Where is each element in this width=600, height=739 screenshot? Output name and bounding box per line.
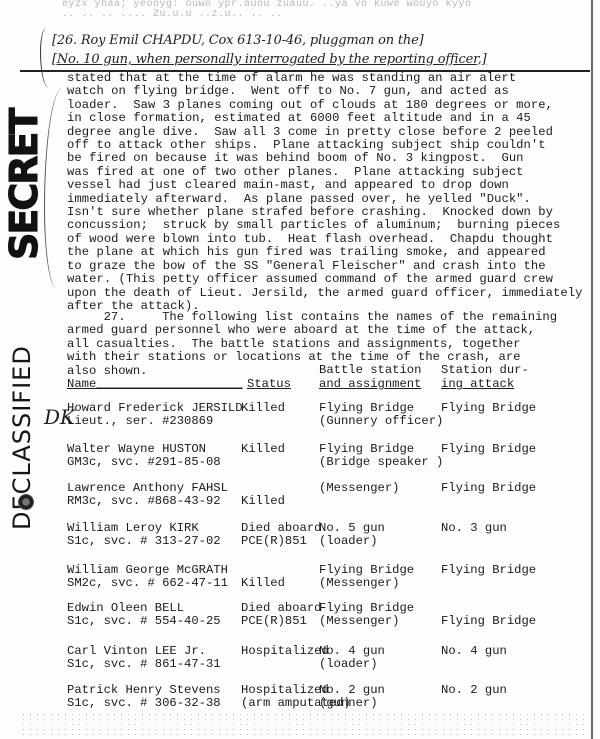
cell-rank: SM2c, svc. # 662-47-11 (67, 577, 228, 590)
text-line: all casualties. The battle stations and … (67, 338, 587, 351)
cell-battle-line2: (loader) (319, 658, 378, 671)
paragraph-26: stated that at the time of alarm he was … (67, 72, 587, 313)
cell-battle-line1: (Messenger) (319, 482, 399, 495)
text-line: be fired on because it was behind boom o… (67, 152, 587, 165)
text-line: to graze the bow of the SS "General Flei… (67, 260, 587, 273)
text-line: of wood were blown into tub. Heat flash … (67, 233, 587, 246)
cell-rank: S1c, svc. # 306-32-38 (67, 697, 221, 710)
text-line: immediately afterward. As plane passed o… (67, 193, 587, 206)
page-edge-line (591, 0, 593, 739)
document-page: eyzx yhaa; yeooyg: ouwo ypr.auou zuauu. … (0, 0, 600, 739)
cell-status-line2: Killed (241, 495, 285, 508)
cell-station: No. 2 gun (441, 684, 507, 697)
handwritten-insert-line-2: [No. 10 gun, when personally interrogate… (52, 52, 552, 67)
text-line: Isn't sure whether plane strafed before … (67, 206, 587, 219)
table-row: Carl Vinton LEE Jr.S1c, svc. # 861-47-31… (67, 645, 587, 685)
cell-status-line1: Hospitalized (241, 645, 329, 658)
table-row: Lawrence Anthony FAHSLRM3c, svc. #868-43… (67, 482, 587, 522)
cell-station: Flying Bridge (441, 402, 536, 415)
cell-station: Flying Bridge (441, 615, 536, 628)
header-station-line2: ing attack (441, 378, 514, 391)
cell-station: Flying Bridge (441, 482, 536, 495)
header-station-line1: Station dur- (441, 364, 529, 377)
secret-stamp: SECRET (2, 110, 46, 260)
cell-rank: GM3c, svc. #291-85-08 (67, 456, 221, 469)
cell-station: Flying Bridge (441, 564, 536, 577)
table-row: William George McGRATHSM2c, svc. # 662-4… (67, 564, 587, 604)
cell-station: No. 3 gun (441, 522, 507, 535)
text-line: degree angle dive. Saw all 3 come in pre… (67, 126, 587, 139)
cell-status-line1: Killed (241, 402, 285, 415)
cell-battle-line2: (Gunnery officer) (319, 415, 443, 428)
seal-icon (18, 494, 34, 510)
scan-noise (20, 712, 590, 739)
cell-battle-line2: (Messenger) (319, 577, 399, 590)
text-line: in close formation, estimated at 6000 fe… (67, 112, 587, 125)
cell-rank: Lieut., ser. #230869 (67, 415, 213, 428)
table-row: Howard Frederick JERSILDLieut., ser. #23… (67, 402, 587, 442)
header-status: Status (247, 378, 291, 391)
cell-station: Flying Bridge (441, 443, 536, 456)
cell-rank: S1c, svc. # 313-27-02 (67, 535, 221, 548)
cell-station: No. 4 gun (441, 645, 507, 658)
handwritten-insert-line-1: [26. Roy Emil CHAPDU, Cox 613-10-46, plu… (52, 33, 552, 48)
text-line: the plane at which his gun fired was tra… (67, 246, 587, 259)
cell-status-line2: Killed (241, 577, 285, 590)
cell-battle-line2: (gunner) (319, 697, 378, 710)
header-name: Name____________________ (67, 378, 243, 391)
cell-rank: S1c, svc. # 554-40-25 (67, 615, 221, 628)
table-row: Edwin Oleen BELLS1c, svc. # 554-40-25Die… (67, 602, 587, 642)
text-line: upon the death of Lieut. Jersild, the ar… (67, 287, 587, 300)
cell-rank: RM3c, svc. #868-43-92 (67, 495, 221, 508)
text-line: vessel had just cleared main-mast, and a… (67, 179, 587, 192)
header-battle-line1: Battle station (319, 364, 421, 377)
cell-rank: S1c, svc. # 861-47-31 (67, 658, 221, 671)
header-battle-line2: and assignment (319, 378, 421, 391)
cell-status-line2: PCE(R)851 (241, 615, 307, 628)
text-line: concussion; struck by small particles of… (67, 219, 587, 232)
cell-status-line1: Killed (241, 443, 285, 456)
cell-battle-line2: (Bridge speaker ) (319, 456, 443, 469)
text-line: armed guard personnel who were aboard at… (67, 324, 587, 337)
table-row: Walter Wayne HUSTONGM3c, svc. #291-85-08… (67, 443, 587, 483)
table-row: William Leroy KIRKS1c, svc. # 313-27-02D… (67, 522, 587, 562)
bleed-through-text: eyzx yhaa; yeooyg: ouwo ypr.auou zuauu. … (62, 0, 582, 22)
cell-battle-line2: (Messenger) (319, 615, 399, 628)
text-line: water. (This petty officer assumed comma… (67, 273, 587, 286)
handwritten-initials: DK (44, 405, 62, 441)
cell-battle-line2: (loader) (319, 535, 378, 548)
cell-status-line2: PCE(R)851 (241, 535, 307, 548)
text-line: watch on flying bridge. Went off to No. … (67, 85, 587, 98)
bleed-line: .. .. .. .... Zu.u.u ..z.u.. .. .. (62, 10, 582, 20)
text-line: 27. The following list contains the name… (67, 311, 587, 324)
text-line: stated that at the time of alarm he was … (67, 72, 587, 85)
text-line: was fired at one of two other planes. Pl… (67, 166, 587, 179)
text-line: off to attack other ships. Plane attacki… (67, 139, 587, 152)
text-line: loader. Saw 3 planes coming out of cloud… (67, 99, 587, 112)
